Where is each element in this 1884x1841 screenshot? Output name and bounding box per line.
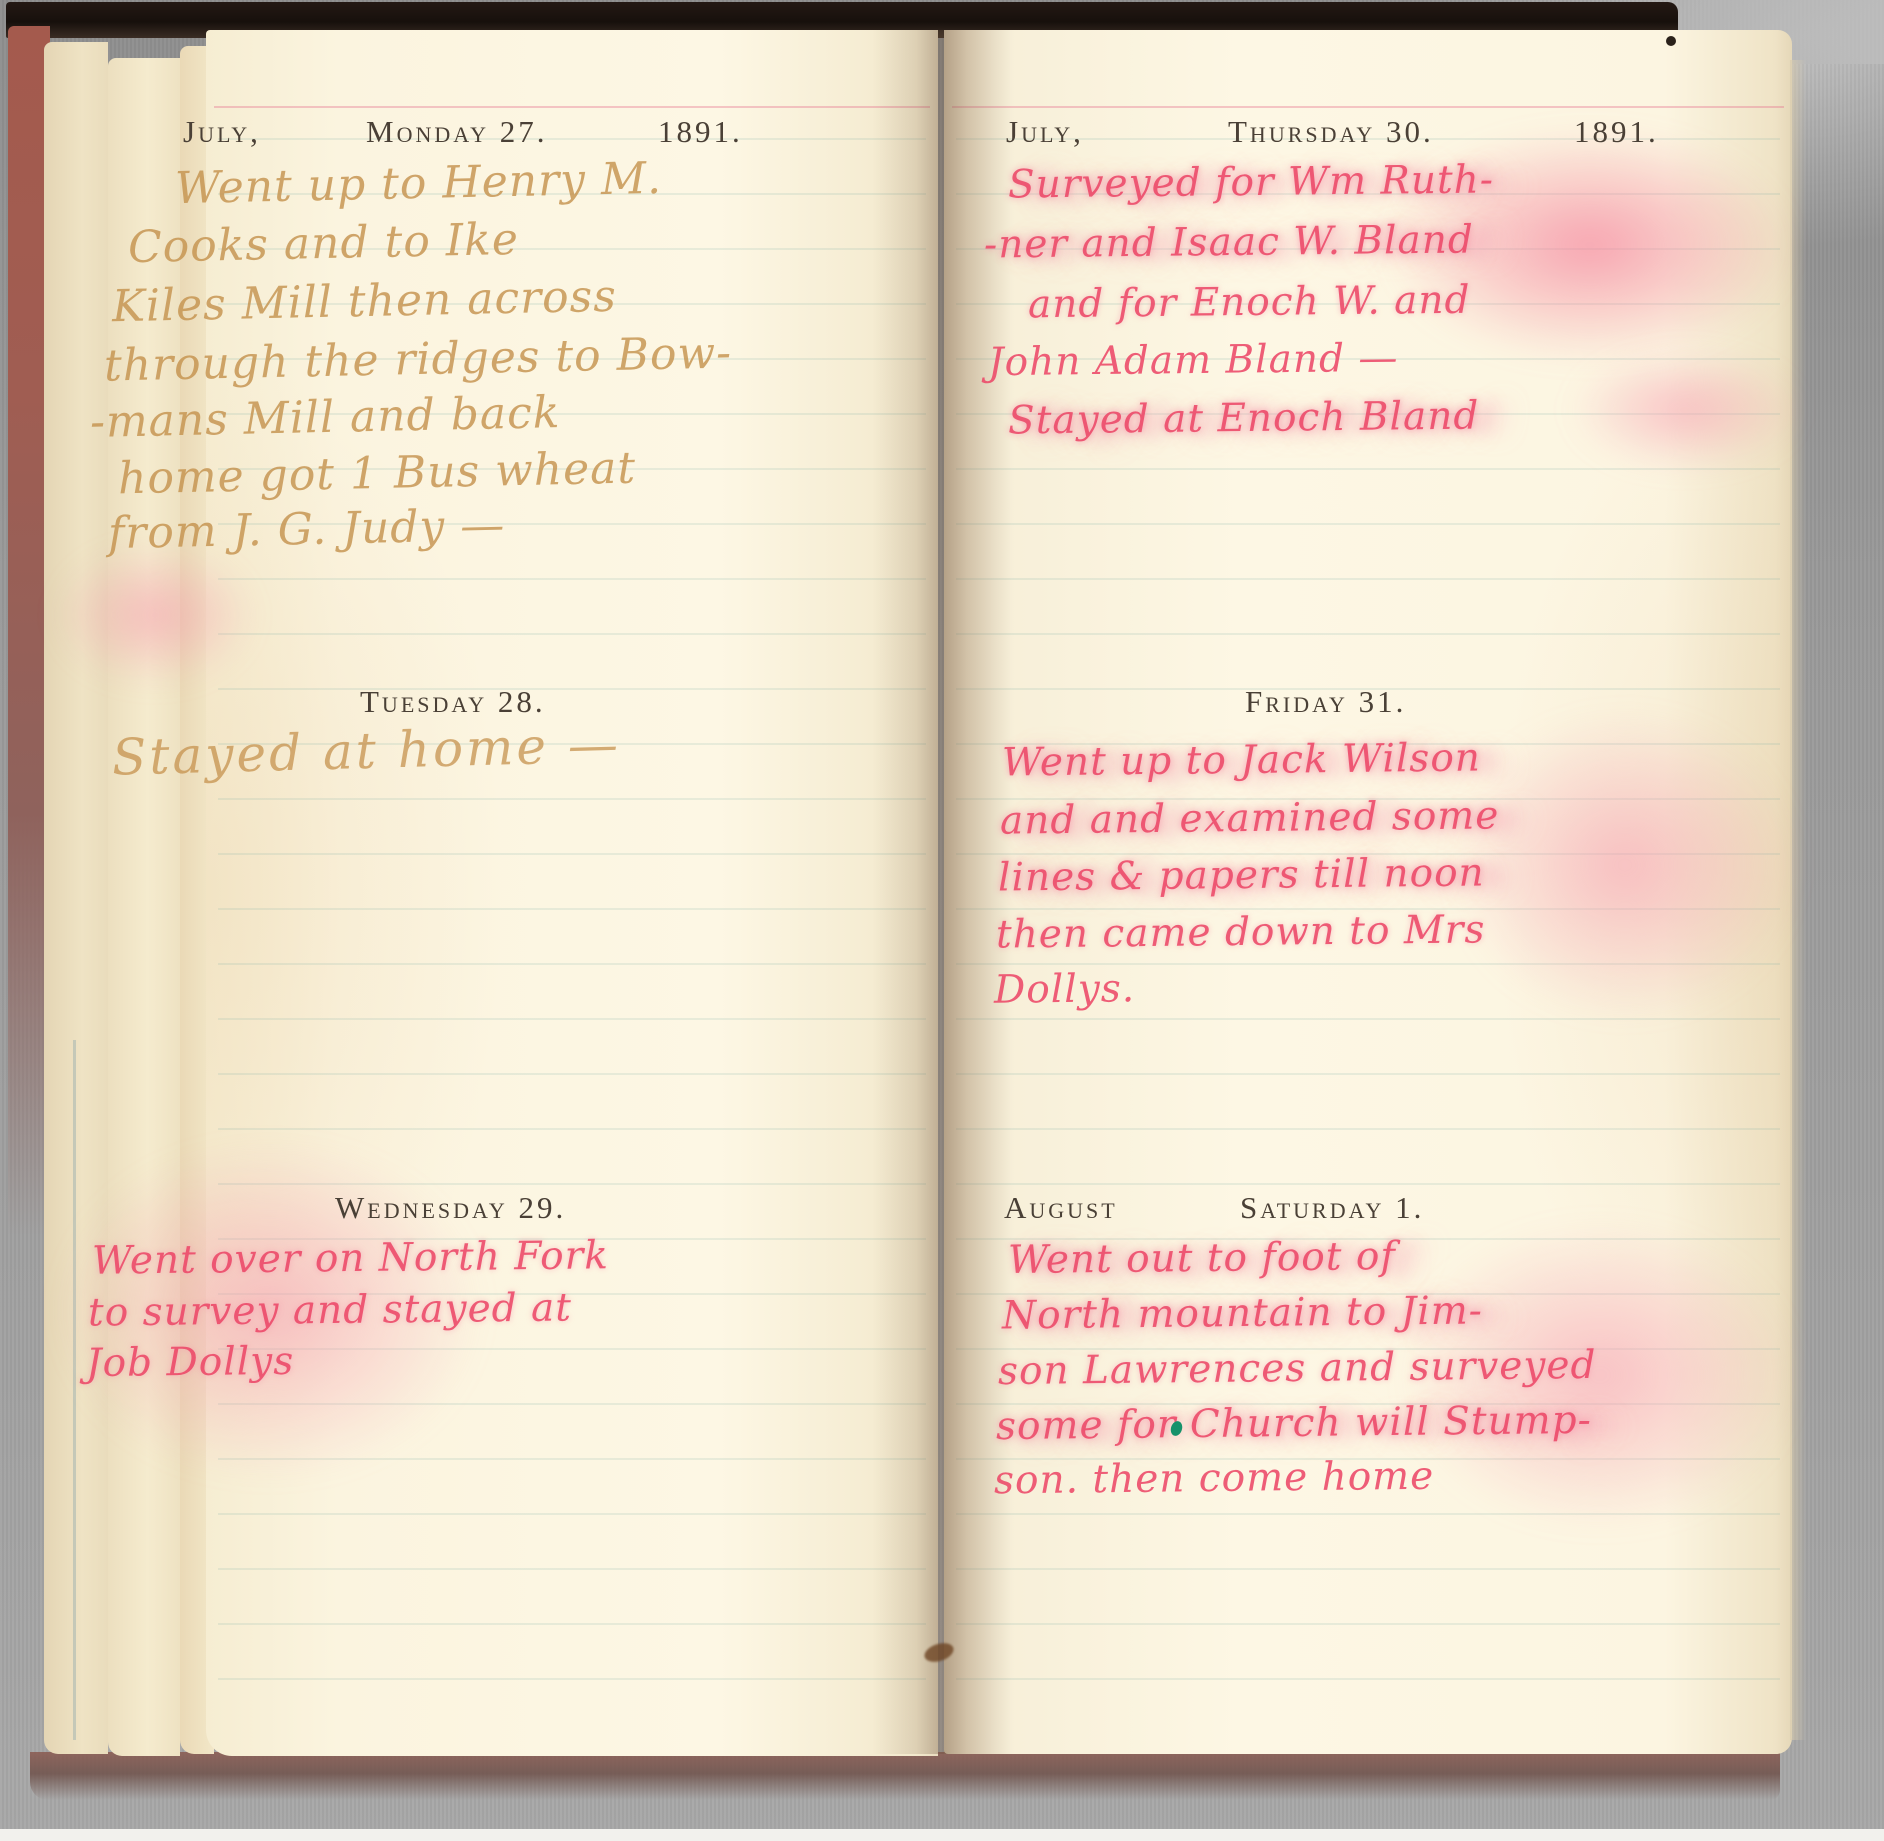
saturday-entry-line: son. then come home	[994, 1454, 1435, 1504]
thursday-entry-line: John Adam Bland —	[988, 336, 1399, 385]
saturday-entry-line: Went out to foot of	[1008, 1234, 1396, 1283]
friday-entry-line: then came down to Mrs	[996, 907, 1486, 957]
thursday-entry-line: -ner and Isaac W. Bland	[984, 217, 1474, 267]
tuesday-header: Tuesday 28.	[360, 684, 546, 720]
friday-entry-line: Went up to Jack Wilson	[1002, 735, 1481, 785]
wednesday-entry-line: to survey and stayed at	[88, 1285, 572, 1335]
monday-entry-line: -mans Mill and back	[90, 387, 561, 448]
saturday-header: Saturday 1.	[1240, 1190, 1424, 1226]
thursday-entry-line: and for Enoch W. and	[1028, 278, 1471, 328]
page-stack-edge	[44, 42, 108, 1754]
thursday-entry-line: Stayed at Enoch Bland	[1008, 394, 1480, 444]
monday-entry-line: Cooks and to Ike	[128, 214, 520, 273]
monday-entry-line: home got 1 Bus wheat	[118, 443, 637, 505]
friday-entry-line: Dollys.	[994, 966, 1136, 1012]
saturday-entry-line: North mountain to Jim-	[1002, 1288, 1483, 1338]
page-pinhole	[1666, 36, 1676, 46]
friday-header: Friday 31.	[1245, 684, 1406, 720]
wednesday-entry-line: Went over on North Fork	[92, 1233, 609, 1283]
header-margin-line	[214, 106, 930, 108]
right-day-header: Thursday 30.	[1228, 114, 1434, 150]
thursday-entry-line: Surveyed for Wm Ruth-	[1008, 157, 1494, 207]
wednesday-header: Wednesday 29.	[335, 1190, 566, 1226]
book-cover-bottom-edge	[30, 1752, 1780, 1800]
diary-scan: July, Monday 27. 1891. Went up to Henry …	[0, 0, 1884, 1841]
right-month-label: July,	[1006, 114, 1084, 150]
page-stack-rule-line	[73, 1040, 76, 1740]
monday-entry-line: Kiles Mill then across	[112, 271, 618, 333]
right-year-label: 1891.	[1574, 114, 1659, 150]
left-month-label: July,	[183, 114, 261, 150]
august-month-label: August	[1004, 1190, 1118, 1226]
left-year-label: 1891.	[658, 114, 743, 150]
saturday-entry-line: some for Church will Stump-	[996, 1398, 1592, 1449]
monday-entry-line: Went up to Henry M.	[175, 153, 663, 214]
book-gutter-shadow	[872, 30, 1012, 1754]
monday-entry-line: from J. G. Judy —	[108, 500, 506, 559]
right-page-outer-edge	[1790, 60, 1806, 1740]
left-day-header: Monday 27.	[366, 114, 547, 150]
header-margin-line	[952, 106, 1784, 108]
friday-entry-line: lines & papers till noon	[998, 850, 1485, 900]
friday-entry-line: and and examined some	[1000, 793, 1500, 843]
scan-bottom-strip	[0, 1829, 1884, 1841]
wednesday-entry-line: Job Dollys	[86, 1339, 295, 1386]
saturday-entry-line: son Lawrences and surveyed	[998, 1343, 1597, 1394]
